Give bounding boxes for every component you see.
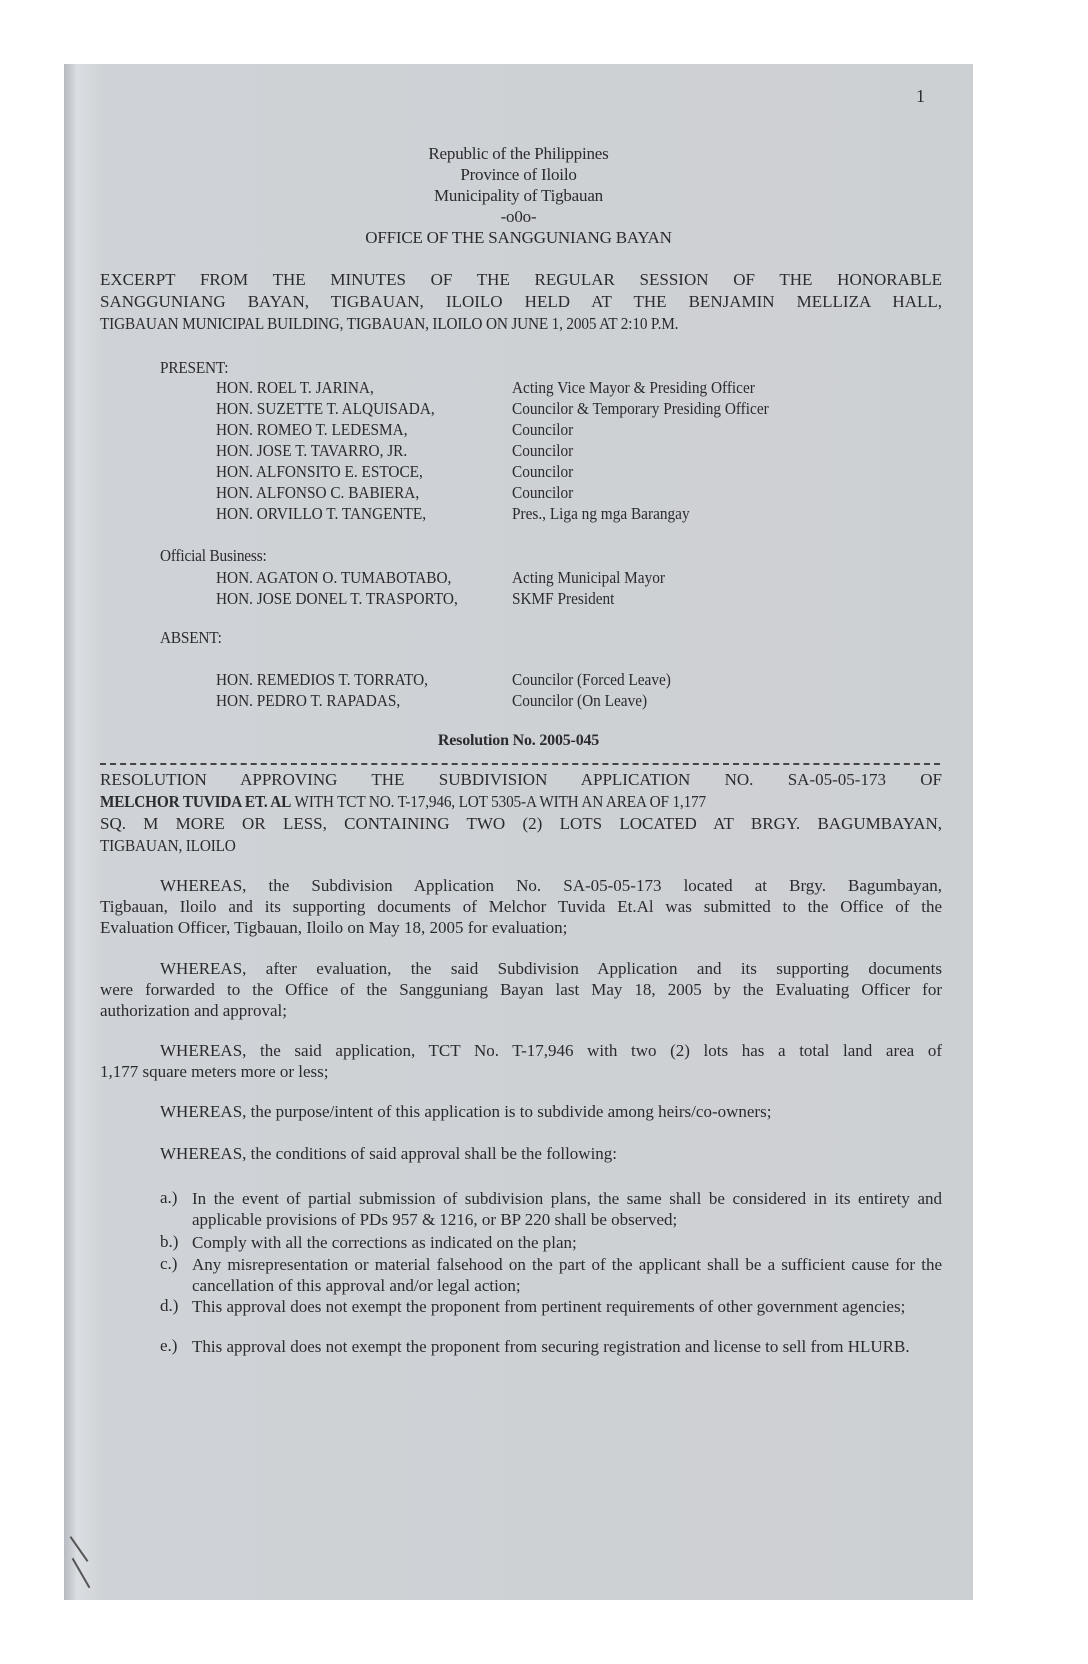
member-role: Councilor [512, 420, 573, 440]
member-name: HON. ALFONSO C. BABIERA, [216, 483, 419, 503]
header-office: OFFICE OF THE SANGGUNIANG BAYAN [64, 228, 973, 248]
whereas-clause-line: WHEREAS, the purpose/intent of this appl… [160, 1102, 942, 1122]
condition-text: This approval does not exempt the propon… [192, 1296, 942, 1317]
section-divider [100, 763, 940, 765]
member-name: HON. PEDRO T. RAPADAS, [216, 691, 400, 711]
resolution-title-line-2: MELCHOR TUVIDA ET. AL WITH TCT NO. T-17,… [100, 792, 937, 812]
member-name: HON. JOSE DONEL T. TRASPORTO, [216, 589, 458, 609]
condition-label: c.) [160, 1254, 177, 1274]
present-label: PRESENT: [160, 358, 228, 378]
member-role: Councilor (On Leave) [512, 691, 647, 711]
page-number: 1 [916, 86, 925, 107]
member-role: Acting Municipal Mayor [512, 568, 665, 588]
member-role: Councilor (Forced Leave) [512, 670, 671, 690]
condition-label: e.) [160, 1336, 177, 1356]
member-role: Councilor [512, 483, 573, 503]
condition-text: Any misrepresentation or material falseh… [192, 1254, 942, 1296]
official-business-label: Official Business: [160, 546, 267, 566]
resolution-title-line-3: SQ. M MORE OR LESS, CONTAINING TWO (2) L… [100, 814, 942, 834]
header-province: Province of Iloilo [64, 165, 973, 185]
excerpt-line-3: TIGBAUAN MUNICIPAL BUILDING, TIGBAUAN, I… [100, 314, 678, 334]
whereas-clause-line: WHEREAS, the Subdivision Application No.… [160, 876, 942, 896]
document-page: 1 Republic of the Philippines Province o… [64, 64, 973, 1600]
member-name: HON. REMEDIOS T. TORRATO, [216, 670, 428, 690]
whereas-clause-line: authorization and approval; [100, 1001, 942, 1021]
member-name: HON. ROEL T. JARINA, [216, 378, 374, 398]
whereas-clause-line: 1,177 square meters more or less; [100, 1062, 942, 1082]
member-role: Councilor [512, 441, 573, 461]
member-name: HON. AGATON O. TUMABOTABO, [216, 568, 451, 588]
resolution-title-line-4: TIGBAUAN, ILOILO [100, 836, 236, 856]
header-separator: -o0o- [64, 207, 973, 227]
resolution-title-line-2-rest: WITH TCT NO. T-17,946, LOT 5305-A WITH A… [291, 792, 706, 811]
member-name: HON. ORVILLO T. TANGENTE, [216, 504, 426, 524]
member-role: Councilor [512, 462, 573, 482]
member-name: HON. SUZETTE T. ALQUISADA, [216, 399, 435, 419]
whereas-clause-line: Evaluation Officer, Tigbauan, Iloilo on … [100, 918, 942, 938]
whereas-clause-line: WHEREAS, the conditions of said approval… [160, 1144, 942, 1164]
resolution-title-line-1: RESOLUTION APPROVING THE SUBDIVISION APP… [100, 770, 942, 790]
excerpt-line-2: SANGGUNIANG BAYAN, TIGBAUAN, ILOILO HELD… [100, 292, 942, 312]
member-name: HON. ALFONSITO E. ESTOCE, [216, 462, 423, 482]
condition-label: d.) [160, 1296, 178, 1316]
whereas-clause-line: were forwarded to the Office of the Sang… [100, 980, 942, 1000]
page-spine-shadow [64, 64, 76, 1600]
header-republic: Republic of the Philippines [64, 144, 973, 164]
resolution-number: Resolution No. 2005-045 [64, 732, 973, 750]
member-role: Pres., Liga ng mga Barangay [512, 504, 690, 524]
condition-text: This approval does not exempt the propon… [192, 1336, 942, 1357]
excerpt-line-1: EXCERPT FROM THE MINUTES OF THE REGULAR … [100, 270, 942, 290]
member-role: SKMF President [512, 589, 614, 609]
whereas-clause-line: Tigbauan, Iloilo and its supporting docu… [100, 897, 942, 917]
applicant-name: MELCHOR TUVIDA ET. AL [100, 792, 291, 811]
member-role: Acting Vice Mayor & Presiding Officer [512, 378, 755, 398]
header-municipality: Municipality of Tigbauan [64, 186, 973, 206]
member-name: HON. JOSE T. TAVARRO, JR. [216, 441, 407, 461]
absent-label: ABSENT: [160, 628, 222, 648]
whereas-clause-line: WHEREAS, after evaluation, the said Subd… [160, 959, 942, 979]
condition-text: Comply with all the corrections as indic… [192, 1232, 942, 1253]
condition-text: In the event of partial submission of su… [192, 1188, 942, 1230]
member-role: Councilor & Temporary Presiding Officer [512, 399, 769, 419]
condition-label: b.) [160, 1232, 178, 1252]
condition-label: a.) [160, 1188, 177, 1208]
whereas-clause-line: WHEREAS, the said application, TCT No. T… [160, 1041, 942, 1061]
member-name: HON. ROMEO T. LEDESMA, [216, 420, 408, 440]
